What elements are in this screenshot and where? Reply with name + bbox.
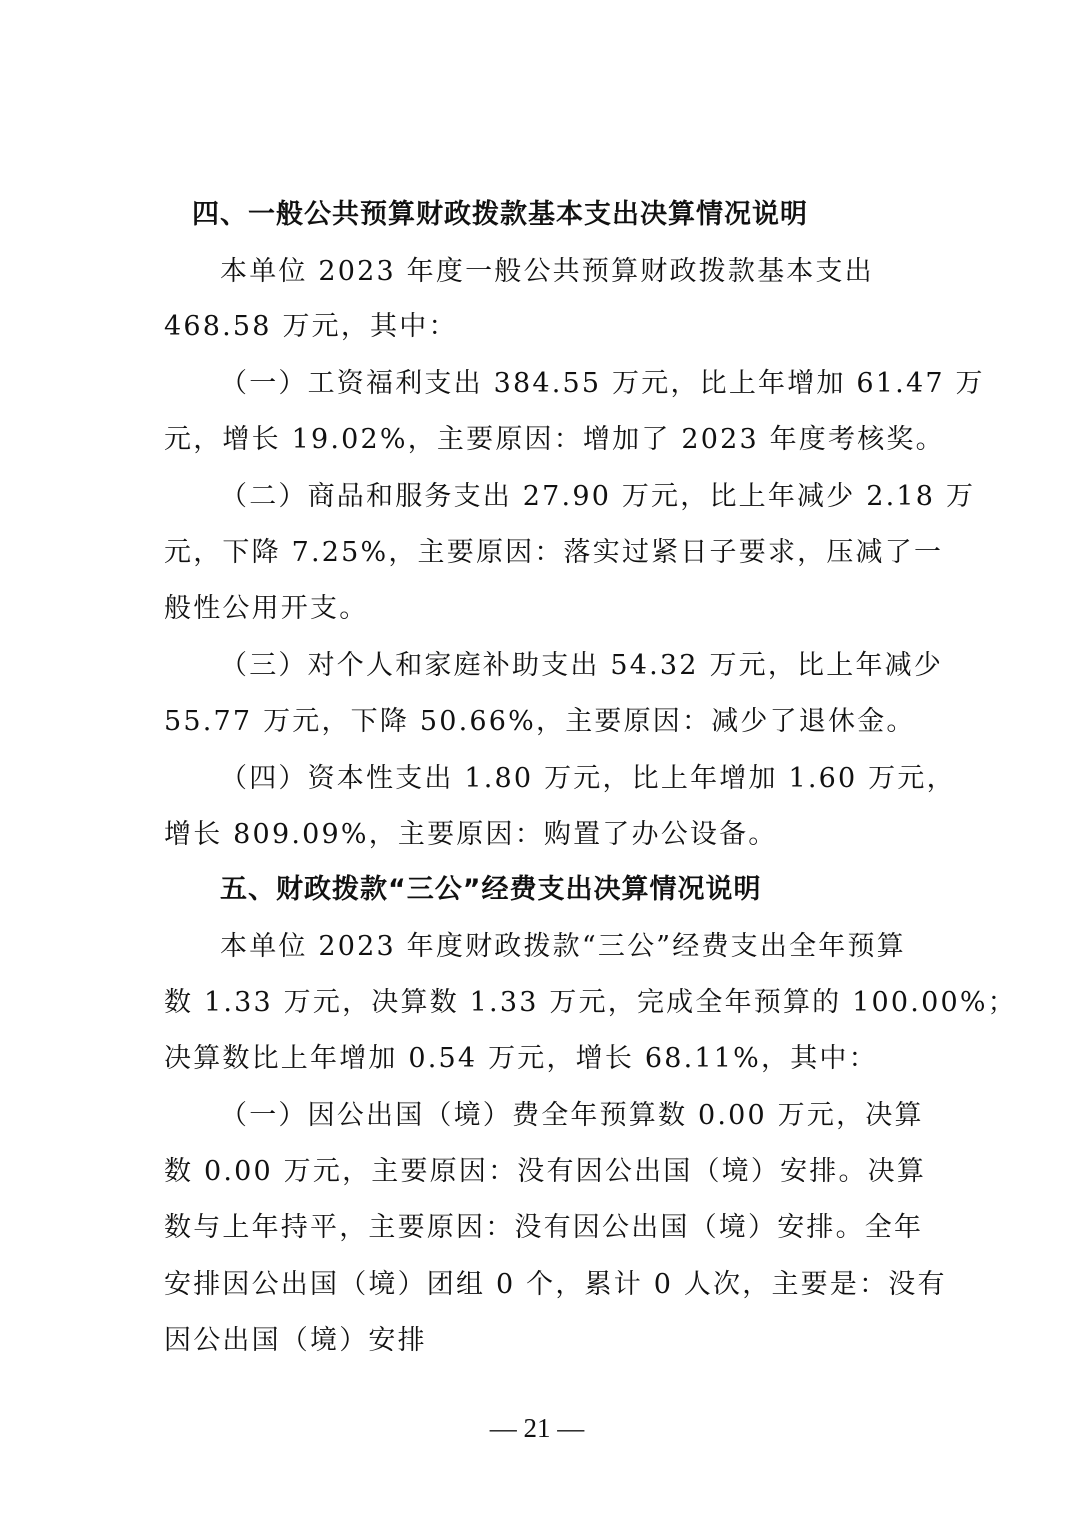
paragraph-line: 本单位 2023 年度一般公共预算财政拨款基本支出 xyxy=(220,254,874,290)
section-5-heading: 五、财政拨款“三公”经费支出决算情况说明 xyxy=(220,872,762,908)
page-number: — 21 — xyxy=(0,1410,1074,1446)
paragraph-line: 数 1.33 万元，决算数 1.33 万元，完成全年预算的 100.00%； xyxy=(164,985,1017,1021)
paragraph-line: 决算数比上年增加 0.54 万元，增长 68.11%，其中： xyxy=(164,1041,878,1077)
paragraph-line: （三）对个人和家庭补助支出 54.32 万元，比上年减少 xyxy=(220,648,943,684)
section-4-heading: 四、一般公共预算财政拨款基本支出决算情况说明 xyxy=(192,197,808,233)
paragraph-line: （二）商品和服务支出 27.90 万元，比上年减少 2.18 万 xyxy=(220,479,975,515)
paragraph-line: 55.77 万元，下降 50.66%，主要原因：减少了退休金。 xyxy=(164,704,916,740)
paragraph-line: 元，增长 19.02%，主要原因：增加了 2023 年度考核奖。 xyxy=(164,422,945,458)
paragraph-line: 因公出国（境）安排 xyxy=(164,1323,427,1359)
paragraph-line: 增长 809.09%，主要原因：购置了办公设备。 xyxy=(164,817,778,853)
paragraph-line: 元，下降 7.25%，主要原因：落实过紧日子要求，压减了一 xyxy=(164,535,943,571)
paragraph-line: 数与上年持平，主要原因：没有因公出国（境）安排。全年 xyxy=(164,1210,923,1246)
paragraph-line: 般性公用开支。 xyxy=(164,591,368,627)
paragraph-line: 安排因公出国（境）团组 0 个，累计 0 人次，主要是：没有 xyxy=(164,1267,947,1303)
paragraph-line: 数 0.00 万元，主要原因：没有因公出国（境）安排。决算 xyxy=(164,1154,926,1190)
paragraph-line: 本单位 2023 年度财政拨款“三公”经费支出全年预算 xyxy=(220,929,906,965)
paragraph-line: （四）资本性支出 1.80 万元，比上年增加 1.60 万元， xyxy=(220,761,956,797)
paragraph-line: （一）工资福利支出 384.55 万元，比上年增加 61.47 万 xyxy=(220,366,985,402)
paragraph-line: （一）因公出国（境）费全年预算数 0.00 万元，决算 xyxy=(220,1098,924,1134)
paragraph-line: 468.58 万元，其中： xyxy=(164,309,458,345)
